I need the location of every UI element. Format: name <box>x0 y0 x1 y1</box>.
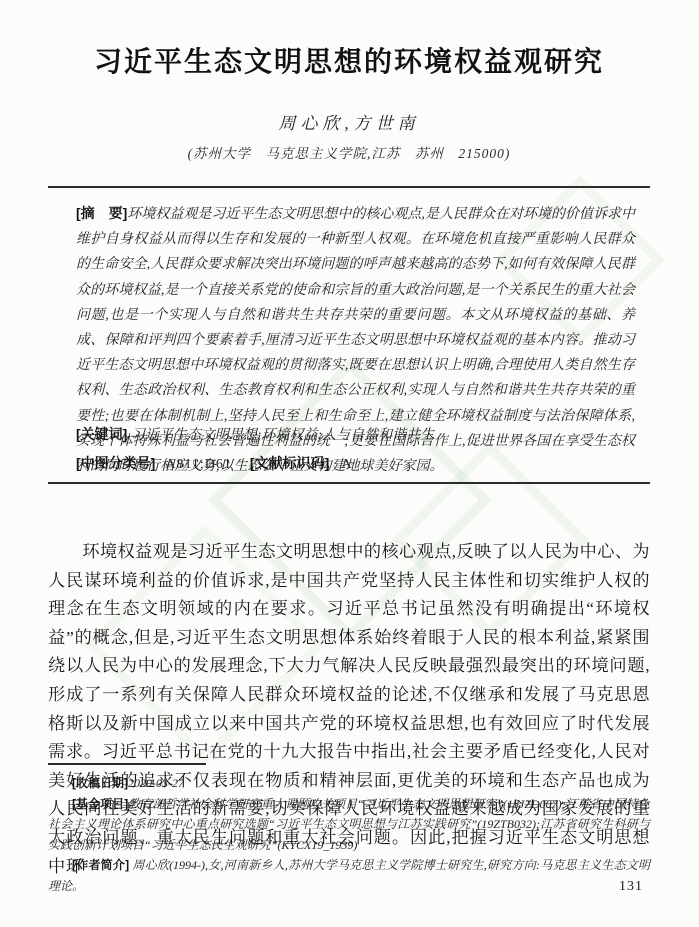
funding-label: [基金项目] <box>72 797 128 811</box>
funding-text: 教育部哲学社会科学研究重大课题攻关项目“习近平生态文明思想研究”(18JZD00… <box>48 797 650 852</box>
authors: 周心欣,方世南 <box>48 109 650 134</box>
footnote-author-bio: [作者简介] 周心欣(1994-),女,河南新乡人,苏州大学马克思主义学院博士研… <box>48 855 650 896</box>
keywords-line: [关键词] 习近平生态文明思想;环境权益;人与自然和谐共生 <box>76 424 635 444</box>
bio-text: 周心欣(1994-),女,河南新乡人,苏州大学马克思主义学院博士研究生,研究方向… <box>48 858 650 893</box>
abstract-label: [摘 要] <box>76 205 127 221</box>
footnote-received: [收稿日期]2020-03-27 <box>48 773 650 794</box>
received-label: [收稿日期] <box>72 776 128 790</box>
footnotes: [收稿日期]2020-03-27 [基金项目]教育部哲学社会科学研究重大课题攻关… <box>48 773 650 897</box>
affiliation: (苏州大学 马克思主义学院,江苏 苏州 215000) <box>48 142 650 162</box>
clc-value: A811;D61 <box>165 457 232 472</box>
page-number: 131 <box>619 879 643 895</box>
footnote-funding: [基金项目]教育部哲学社会科学研究重大课题攻关项目“习近平生态文明思想研究”(1… <box>48 794 650 856</box>
clc-label: [中图分类号] <box>76 455 155 471</box>
article-title: 习近平生态文明思想的环境权益观研究 <box>48 40 650 80</box>
bio-label: [作者简介] <box>72 858 129 872</box>
footnote-divider <box>48 763 206 765</box>
doc-code-label: [文献标识码] <box>250 455 329 471</box>
classification-line: [中图分类号]A811;D61[文献标识码]A <box>76 453 635 473</box>
paper-page: 习近平生态文明思想的环境权益观研究 周心欣,方世南 (苏州大学 马克思主义学院,… <box>0 0 699 927</box>
keywords-text: 习近平生态文明思想;环境权益;人与自然和谐共生 <box>131 428 434 443</box>
bottom-divider <box>48 482 650 484</box>
received-value: 2020-03-27 <box>128 776 184 790</box>
doc-code-value: A <box>341 457 352 472</box>
top-divider <box>48 186 650 188</box>
keywords-label: [关键词] <box>76 426 127 442</box>
